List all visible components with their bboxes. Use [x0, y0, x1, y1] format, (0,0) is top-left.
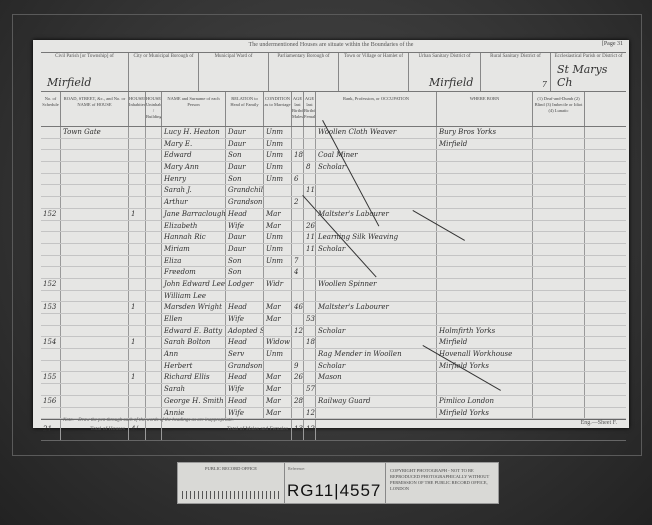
cell-inhabited [129, 232, 146, 243]
district-town: Town or Village or Hamlet of [339, 53, 409, 91]
footnote: Note.—Draw the pen through such of the w… [63, 418, 234, 423]
cell-born [437, 267, 533, 278]
cell-relation: Serv [226, 349, 264, 360]
cell-male-age [292, 232, 304, 243]
cell-condition: Mar [264, 396, 292, 407]
table-row: 1541Sarah BoltonHeadWidow18Mirfield [41, 337, 626, 349]
cell-schedule [41, 314, 61, 325]
cell-name: Mary E. [162, 139, 226, 150]
cell-born: Pimlico London [437, 396, 533, 407]
cell-blank [585, 408, 626, 419]
col-relation: RELATION to Head of Family [226, 92, 264, 126]
cell-occupation: Scholar [316, 162, 437, 173]
cell-address [61, 279, 129, 290]
cell-inhabited: 1 [129, 209, 146, 220]
cell-schedule [41, 127, 61, 138]
cell-infirmity [533, 209, 585, 220]
houses-total-label: Total of Houses [61, 420, 129, 440]
cell-male-age [292, 291, 304, 302]
cell-male-age [292, 279, 304, 290]
cell-occupation: Scholar [316, 361, 437, 372]
cell-blank [146, 267, 162, 278]
cell-address [61, 408, 129, 419]
cell-schedule [41, 291, 61, 302]
cell-name: George H. Smith [162, 396, 226, 407]
cell-address [61, 302, 129, 313]
cell-relation: Wife [226, 314, 264, 325]
cell-schedule [41, 361, 61, 372]
cell-condition: Widr [264, 279, 292, 290]
cell-schedule [41, 384, 61, 395]
cell-relation: Lodger [226, 279, 264, 290]
cell-address [61, 244, 129, 255]
cell-relation: Grandson [226, 197, 264, 208]
cell-male-age [292, 314, 304, 325]
table-row: EdwardSonUnm18Coal Miner [41, 150, 626, 162]
cell-schedule [41, 150, 61, 161]
cell-occupation [316, 408, 437, 419]
cell-blank [146, 221, 162, 232]
cell-born: Bury Bros Yorks [437, 127, 533, 138]
cell-male-age: 2 [292, 197, 304, 208]
cell-male-age [292, 162, 304, 173]
cell-blank [146, 139, 162, 150]
cell-name: Lucy H. Heaton [162, 127, 226, 138]
cell-occupation: Maltster's Labourer [316, 302, 437, 313]
col-inhabited: HOUSES Inhabited [129, 92, 146, 126]
cell-inhabited [129, 326, 146, 337]
cell-schedule [41, 267, 61, 278]
cell-address [61, 314, 129, 325]
cell-infirmity [533, 174, 585, 185]
cell-address [61, 197, 129, 208]
cell-name: Eliza [162, 256, 226, 267]
cell-infirmity [533, 197, 585, 208]
cell-condition: Mar [264, 314, 292, 325]
col-occupation: Rank, Profession, or OCCUPATION [316, 92, 437, 126]
cell-blank [146, 396, 162, 407]
cell-address [61, 150, 129, 161]
cell-relation: Daur [226, 127, 264, 138]
table-row: Mary AnnDaurUnm8Scholar [41, 162, 626, 174]
cell-female-age: 11 [304, 232, 316, 243]
cell-male-age: 4 [292, 267, 304, 278]
cell-born [437, 162, 533, 173]
cell-born: Mirfield [437, 139, 533, 150]
cell-born: Mirfield Yorks [437, 408, 533, 419]
cell-relation: Son [226, 256, 264, 267]
cell-blank [585, 337, 626, 348]
cell-address [61, 291, 129, 302]
cell-schedule [41, 244, 61, 255]
cell-blank [146, 174, 162, 185]
cell-condition: Unm [264, 139, 292, 150]
cell-infirmity [533, 185, 585, 196]
cell-address [61, 162, 129, 173]
cell-occupation: Woollen Spinner [316, 279, 437, 290]
cell-condition [264, 197, 292, 208]
sheet-label: Eng.—Sheet F. [581, 420, 617, 426]
cell-infirmity [533, 326, 585, 337]
table-row: ArthurGrandson2 [41, 197, 626, 209]
cell-relation: Daur [226, 139, 264, 150]
cell-blank [585, 244, 626, 255]
cell-condition: Unm [264, 244, 292, 255]
cell-infirmity [533, 302, 585, 313]
district-header-row: Civil Parish [or Township] of Mirfield C… [41, 52, 626, 92]
cell-condition [264, 361, 292, 372]
cell-inhabited [129, 139, 146, 150]
table-row: 152John Edward LeeLodgerWidrWoollen Spin… [41, 279, 626, 291]
cell-born [437, 221, 533, 232]
table-row: 1551Richard EllisHeadMar26Mason [41, 372, 626, 384]
cell-female-age [304, 361, 316, 372]
cell-occupation: Rag Mender in Woollen [316, 349, 437, 360]
cell-address [61, 209, 129, 220]
cell-relation: Son [226, 150, 264, 161]
cell-name: Marsden Wright [162, 302, 226, 313]
cell-occupation [316, 314, 437, 325]
table-body: Town GateLucy H. HeatonDaurUnmWoollen Cl… [41, 127, 626, 419]
ruler-scale [182, 491, 280, 499]
cell-infirmity [533, 232, 585, 243]
reference-label: Reference: [288, 466, 305, 471]
table-row: 156George H. SmithHeadMar28Railway Guard… [41, 396, 626, 408]
cell-relation: Daur [226, 244, 264, 255]
cell-schedule [41, 174, 61, 185]
cell-address [61, 396, 129, 407]
cell-address [61, 256, 129, 267]
totals-spacer [146, 420, 162, 440]
cell-relation: Son [226, 174, 264, 185]
cell-infirmity [533, 256, 585, 267]
houses-total-value: 4/ [129, 420, 146, 440]
cell-born [437, 244, 533, 255]
cell-schedule: 152 [41, 209, 61, 220]
copyright-notice: COPYRIGHT PHOTOGRAPH - NOT TO BE REPRODU… [386, 463, 498, 503]
cell-relation: Daur [226, 232, 264, 243]
table-row: William Lee [41, 291, 626, 303]
census-table: No. of Schedule ROAD, STREET, &c., and N… [41, 92, 626, 441]
page-number: [Page 31 [602, 41, 623, 47]
cell-inhabited [129, 197, 146, 208]
cell-blank [146, 279, 162, 290]
cell-male-age [292, 221, 304, 232]
cell-inhabited [129, 150, 146, 161]
cell-male-age: 6 [292, 174, 304, 185]
cell-male-age: 7 [292, 256, 304, 267]
cell-blank [146, 314, 162, 325]
cell-infirmity [533, 349, 585, 360]
cell-occupation: Scholar [316, 244, 437, 255]
cell-infirmity [533, 279, 585, 290]
cell-female-age [304, 256, 316, 267]
district-civil-parish: Civil Parish [or Township] of Mirfield [41, 53, 129, 91]
cell-born [437, 384, 533, 395]
cell-blank [146, 384, 162, 395]
col-condition: CONDITION as to Marriage [264, 92, 292, 126]
cell-name: Sarah Bolton [162, 337, 226, 348]
cell-relation: Head [226, 337, 264, 348]
cell-relation: Daur [226, 162, 264, 173]
table-row: ElizaSonUnm7 [41, 256, 626, 268]
cell-name: Arthur [162, 197, 226, 208]
cell-schedule: 152 [41, 279, 61, 290]
cell-female-age [304, 302, 316, 313]
cell-male-age: 18 [292, 150, 304, 161]
cell-relation: Son [226, 267, 264, 278]
cell-condition [264, 185, 292, 196]
cell-infirmity [533, 267, 585, 278]
cell-name: Ann [162, 349, 226, 360]
cell-relation: Wife [226, 221, 264, 232]
cell-blank [585, 349, 626, 360]
males-total: 13 [292, 420, 304, 440]
cell-occupation [316, 291, 437, 302]
cell-inhabited [129, 349, 146, 360]
totals-schedule-mark: 21 [41, 420, 61, 440]
district-ward: Municipal Ward of [199, 53, 269, 91]
cell-condition [264, 267, 292, 278]
cell-inhabited [129, 396, 146, 407]
cell-address [61, 185, 129, 196]
cell-name: Richard Ellis [162, 372, 226, 383]
cell-female-age [304, 291, 316, 302]
cell-schedule: 155 [41, 372, 61, 383]
cell-male-age [292, 337, 304, 348]
col-age-male: AGE last Birthday Males [292, 92, 304, 126]
cell-name: William Lee [162, 291, 226, 302]
cell-condition: Unm [264, 232, 292, 243]
census-page: The undermentioned Houses are situate wi… [33, 40, 629, 428]
cell-infirmity [533, 361, 585, 372]
cell-name: Herbert [162, 361, 226, 372]
col-infirmity: (1) Deaf-and-Dumb (2) Blind (3) Imbecile… [533, 92, 585, 126]
cell-inhabited [129, 244, 146, 255]
cell-blank [585, 361, 626, 372]
cell-schedule [41, 232, 61, 243]
table-row: Hannah RicDaurUnm11Learning Silk Weaving [41, 232, 626, 244]
cell-blank [585, 174, 626, 185]
cell-infirmity [533, 127, 585, 138]
cell-infirmity [533, 372, 585, 383]
cell-blank [585, 396, 626, 407]
cell-born [437, 150, 533, 161]
cell-male-age [292, 127, 304, 138]
cell-male-age [292, 408, 304, 419]
cell-schedule: 156 [41, 396, 61, 407]
cell-inhabited [129, 384, 146, 395]
cell-address [61, 267, 129, 278]
cell-born [437, 302, 533, 313]
cell-name: Freedom [162, 267, 226, 278]
table-row: AnnServUnmRag Mender in WoollenHovenall … [41, 349, 626, 361]
cell-female-age: 8 [304, 162, 316, 173]
cell-address [61, 361, 129, 372]
cell-blank [585, 162, 626, 173]
cell-relation: Grandchild [226, 185, 264, 196]
cell-blank [585, 127, 626, 138]
cell-blank [585, 314, 626, 325]
cell-male-age [292, 384, 304, 395]
cell-condition: Unm [264, 256, 292, 267]
cell-blank [146, 185, 162, 196]
cell-schedule [41, 349, 61, 360]
cell-blank [585, 221, 626, 232]
cell-born [437, 185, 533, 196]
cell-occupation: Coal Miner [316, 150, 437, 161]
cell-condition: Mar [264, 302, 292, 313]
cell-schedule [41, 197, 61, 208]
cell-female-age [304, 174, 316, 185]
cell-inhabited: 1 [129, 337, 146, 348]
cell-blank [146, 302, 162, 313]
cell-name: Hannah Ric [162, 232, 226, 243]
cell-relation: Head [226, 372, 264, 383]
cell-occupation [316, 384, 437, 395]
cell-inhabited [129, 221, 146, 232]
cell-blank [585, 232, 626, 243]
cell-address [61, 232, 129, 243]
cell-blank [585, 150, 626, 161]
cell-born [437, 256, 533, 267]
cell-infirmity [533, 337, 585, 348]
col-age-female: AGE last Birthday Females [304, 92, 316, 126]
cell-inhabited [129, 408, 146, 419]
cell-blank [146, 150, 162, 161]
cell-infirmity [533, 150, 585, 161]
cell-born [437, 279, 533, 290]
cell-inhabited [129, 174, 146, 185]
cell-occupation [316, 185, 437, 196]
cell-condition: Mar [264, 408, 292, 419]
col-address: ROAD, STREET, &c., and No. or NAME of HO… [61, 92, 129, 126]
cell-schedule [41, 185, 61, 196]
cell-inhabited [129, 127, 146, 138]
cell-occupation: Learning Silk Weaving [316, 232, 437, 243]
col-uninhabited: HOUSES Uninhabited / Building [146, 92, 162, 126]
cell-blank [146, 232, 162, 243]
cell-address [61, 384, 129, 395]
cell-blank [146, 256, 162, 267]
cell-born: Hovenall Workhouse [437, 349, 533, 360]
cell-occupation [316, 337, 437, 348]
cell-blank [146, 326, 162, 337]
cell-blank [585, 139, 626, 150]
district-borough: City or Municipal Borough of [129, 53, 199, 91]
cell-occupation [316, 256, 437, 267]
cell-address [61, 139, 129, 150]
cell-infirmity [533, 314, 585, 325]
archive-office: PUBLIC RECORD OFFICE [178, 463, 285, 503]
cell-infirmity [533, 162, 585, 173]
cell-born [437, 314, 533, 325]
cell-address [61, 174, 129, 185]
cell-female-age: 57 [304, 384, 316, 395]
cell-condition: Widow [264, 337, 292, 348]
cell-occupation: Railway Guard [316, 396, 437, 407]
cell-schedule [41, 408, 61, 419]
cell-inhabited: 1 [129, 372, 146, 383]
cell-female-age: 26 [304, 221, 316, 232]
cell-inhabited [129, 279, 146, 290]
cell-male-age [292, 209, 304, 220]
page-banner: The undermentioned Houses are situate wi… [33, 42, 629, 48]
cell-name: Elizabeth [162, 221, 226, 232]
cell-born [437, 197, 533, 208]
table-row: 1531Marsden WrightHeadMar46Maltster's La… [41, 302, 626, 314]
cell-blank [585, 256, 626, 267]
cell-female-age [304, 349, 316, 360]
cell-female-age [304, 139, 316, 150]
cell-female-age [304, 150, 316, 161]
cell-schedule [41, 256, 61, 267]
cell-name: Annie [162, 408, 226, 419]
cell-blank [146, 197, 162, 208]
cell-relation: Wife [226, 408, 264, 419]
table-row: EllenWifeMar53 [41, 314, 626, 326]
cell-name: Sarah J. [162, 185, 226, 196]
cell-born: Holmfirth Yorks [437, 326, 533, 337]
cell-male-age [292, 349, 304, 360]
cell-name: Mary Ann [162, 162, 226, 173]
column-headers: No. of Schedule ROAD, STREET, &c., and N… [41, 92, 626, 127]
archive-reference-card: PUBLIC RECORD OFFICE Reference: RG11|455… [177, 462, 499, 504]
table-row: Town GateLucy H. HeatonDaurUnmWoollen Cl… [41, 127, 626, 139]
cell-male-age: 26 [292, 372, 304, 383]
cell-address [61, 372, 129, 383]
table-row: MiriamDaurUnm11Scholar [41, 244, 626, 256]
cell-condition: Unm [264, 127, 292, 138]
cell-male-age: 12 [292, 326, 304, 337]
cell-address [61, 337, 129, 348]
cell-blank [585, 197, 626, 208]
cell-name: John Edward Lee [162, 279, 226, 290]
cell-relation: Head [226, 209, 264, 220]
cell-blank [146, 162, 162, 173]
cell-address [61, 349, 129, 360]
cell-schedule [41, 326, 61, 337]
cell-occupation [316, 174, 437, 185]
archive-office-name: PUBLIC RECORD OFFICE [205, 466, 257, 471]
table-row: HerbertGrandson9ScholarMirfield Yorks [41, 361, 626, 373]
cell-infirmity [533, 244, 585, 255]
col-blank [585, 92, 626, 126]
table-row: HenrySonUnm6 [41, 174, 626, 186]
cell-blank [585, 326, 626, 337]
cell-born [437, 209, 533, 220]
cell-blank [146, 244, 162, 255]
cell-female-age [304, 279, 316, 290]
archive-reference: Reference: RG11|4557 [285, 463, 386, 503]
cell-blank [585, 302, 626, 313]
cell-address [61, 221, 129, 232]
cell-female-age [304, 127, 316, 138]
cell-female-age: 18 [304, 337, 316, 348]
cell-blank [585, 267, 626, 278]
cell-name: Edward E. Batty [162, 326, 226, 337]
cell-occupation: Scholar [316, 326, 437, 337]
cell-condition: Unm [264, 162, 292, 173]
cell-condition: Mar [264, 209, 292, 220]
cell-female-age: 53 [304, 314, 316, 325]
cell-female-age: 12 [304, 408, 316, 419]
females-total: 12 [304, 420, 316, 440]
cell-female-age [304, 396, 316, 407]
cell-schedule [41, 139, 61, 150]
cell-condition: Unm [264, 150, 292, 161]
cell-blank [585, 291, 626, 302]
